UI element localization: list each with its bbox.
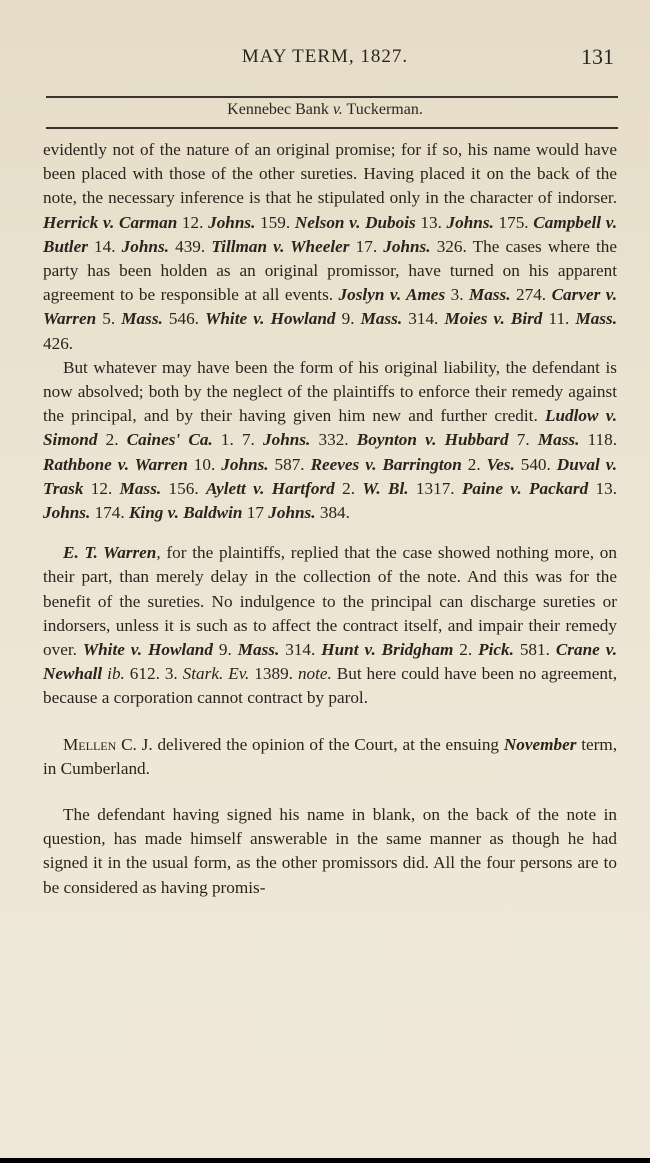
reporter-abbrev: Johns. <box>43 503 90 522</box>
case-citation: White v. Howland <box>83 640 213 659</box>
case-title: Kennebec Bank v. Tuckerman. <box>0 101 650 119</box>
case-citation: Joslyn v. Ames <box>339 285 446 304</box>
paragraph-defense-absolved: But whatever may have been the form of h… <box>43 356 617 525</box>
text: 156. <box>161 479 206 498</box>
text: 581. <box>514 640 556 659</box>
text: 9. <box>213 640 238 659</box>
reporter-abbrev: Johns. <box>268 503 315 522</box>
text: evidently not of the nature of an origin… <box>43 140 617 207</box>
book-page: MAY TERM, 1827. 131 Kennebec Bank v. Tuc… <box>0 0 650 1158</box>
case-title-plaintiff: Kennebec Bank <box>227 101 329 118</box>
text: 2. <box>453 640 478 659</box>
text: C. J. delivered the opinion of the Court… <box>116 735 504 754</box>
text: 2. <box>462 455 487 474</box>
reporter-abbrev: Johns. <box>208 213 255 232</box>
case-citation: Tillman v. Wheeler <box>211 237 349 256</box>
reporter-abbrev: ib. <box>107 664 125 683</box>
text: 13. <box>416 213 447 232</box>
text: 11. <box>542 309 575 328</box>
text: 17. <box>349 237 383 256</box>
text: The defendant having signed his name in … <box>43 805 617 897</box>
case-citation: Rathbone v. Warren <box>43 455 188 474</box>
case-citation: Boynton v. Hubbard <box>357 430 509 449</box>
header-rule-top <box>46 96 618 98</box>
reporter-abbrev: Caines' Ca. <box>127 430 213 449</box>
case-citation: Paine v. Packard <box>462 479 588 498</box>
text: 175. <box>494 213 533 232</box>
text: 540. <box>515 455 557 474</box>
case-citation: Moies v. Bird <box>444 309 542 328</box>
text: 118. <box>579 430 617 449</box>
text: 1389. <box>249 664 298 683</box>
reporter-abbrev: Johns. <box>447 213 494 232</box>
reporter-abbrev: W. Bl. <box>362 479 408 498</box>
reporter-abbrev: Stark. Ev. <box>183 664 250 683</box>
case-citation: White v. Howland <box>205 309 335 328</box>
reporter-abbrev: Pick. <box>478 640 514 659</box>
text: 546. <box>163 309 205 328</box>
text: 5. <box>96 309 121 328</box>
reporter-abbrev: Johns. <box>122 237 169 256</box>
reporter-abbrev: Mass. <box>469 285 511 304</box>
case-title-versus: v. <box>333 101 343 118</box>
text: 7. <box>509 430 538 449</box>
text: 174. <box>90 503 129 522</box>
reporter-abbrev: Mass. <box>575 309 617 328</box>
judge-name: Mellen <box>63 735 116 754</box>
text: 332. <box>310 430 356 449</box>
reporter-abbrev: Johns. <box>383 237 430 256</box>
text: 12. <box>83 479 119 498</box>
reporter-abbrev: Johns. <box>263 430 310 449</box>
note-marker: note. <box>298 664 332 683</box>
text: 159. <box>255 213 294 232</box>
reporter-abbrev: Johns. <box>221 455 268 474</box>
reporter-abbrev: Mass. <box>538 430 580 449</box>
case-citation: Aylett v. Hartford <box>206 479 335 498</box>
reporter-abbrev: Mass. <box>120 479 162 498</box>
text: 17 <box>242 503 268 522</box>
text: 439. <box>169 237 211 256</box>
text: 9. <box>336 309 361 328</box>
header-rule-bottom <box>46 127 618 129</box>
text: 3. <box>445 285 469 304</box>
text: 612. 3. <box>125 664 183 683</box>
paragraph-argument-continued: evidently not of the nature of an origin… <box>43 138 617 356</box>
case-title-defendant: Tuckerman. <box>347 101 423 118</box>
text: But whatever may have been the form of h… <box>43 358 617 425</box>
case-citation: Nelson v. Dubois <box>295 213 416 232</box>
page-number: 131 <box>581 44 614 70</box>
paragraph-opinion-intro: Mellen C. J. delivered the opinion of th… <box>43 733 617 781</box>
running-title: MAY TERM, 1827. <box>0 46 650 68</box>
running-head: MAY TERM, 1827. 131 <box>0 46 650 76</box>
text: 426. <box>43 334 73 353</box>
reporter-abbrev: Ves. <box>487 455 515 474</box>
case-citation: Hunt v. Bridgham <box>321 640 453 659</box>
text: 10. <box>188 455 221 474</box>
text: 12. <box>177 213 208 232</box>
case-citation: Reeves v. Barrington <box>311 455 462 474</box>
text: 587. <box>269 455 311 474</box>
text: 274. <box>511 285 552 304</box>
case-citation: Herrick v. Carman <box>43 213 177 232</box>
text: 384. <box>316 503 350 522</box>
reporter-abbrev: Mass. <box>361 309 403 328</box>
term-month: November <box>504 735 577 754</box>
body-text: evidently not of the nature of an origin… <box>43 138 617 900</box>
text: 2. <box>97 430 126 449</box>
reporter-abbrev: Mass. <box>121 309 163 328</box>
text: 1317. <box>409 479 462 498</box>
text: 314. <box>402 309 444 328</box>
text: 314. <box>279 640 321 659</box>
counsel-name: E. T. Warren <box>63 543 156 562</box>
text: 13. <box>588 479 617 498</box>
paragraph-opinion-body: The defendant having signed his name in … <box>43 803 617 900</box>
text: 14. <box>88 237 122 256</box>
text: 2. <box>335 479 363 498</box>
paragraph-plaintiff-reply: E. T. Warren, for the plaintiffs, replie… <box>43 541 617 710</box>
reporter-abbrev: Mass. <box>238 640 280 659</box>
text: 1. 7. <box>213 430 263 449</box>
case-citation: King v. Baldwin <box>129 503 243 522</box>
